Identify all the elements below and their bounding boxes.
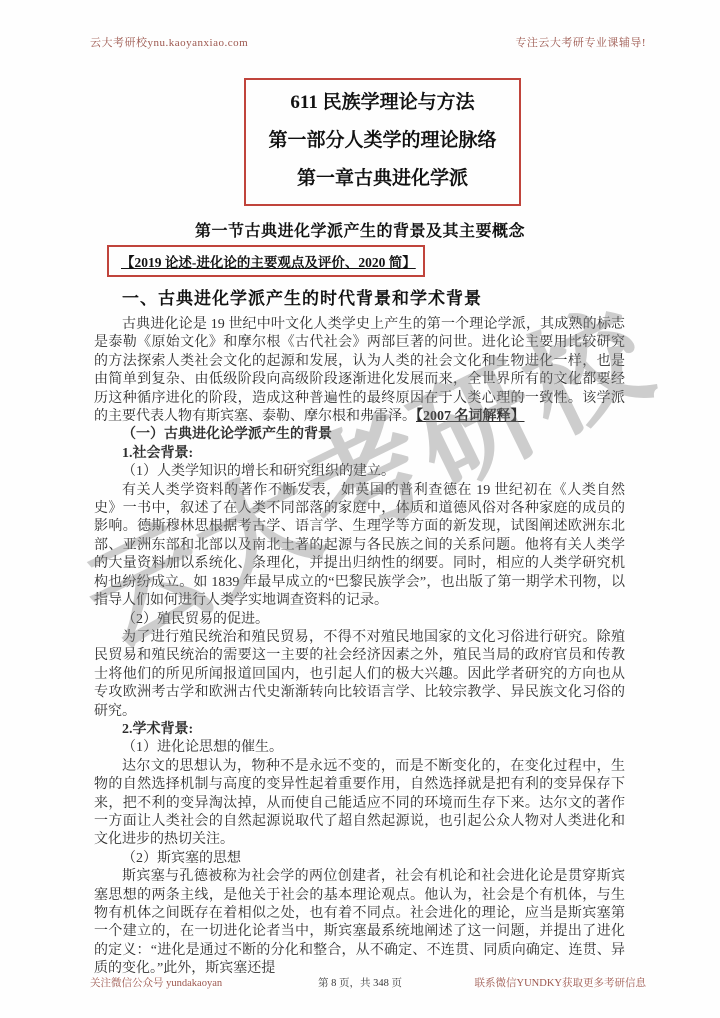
paragraph: （1）人类学知识的增长和研究组织的建立。 <box>94 463 625 481</box>
paragraph: 2.学术背景: <box>94 721 625 739</box>
exam-year-tag-text: 【2019 论述-进化论的主要观点及评价、2020 简】 <box>121 255 416 270</box>
document-page: 云大考研校ynu.kaoyanxiao.com 专注云大考研专业课辅导! 611… <box>0 0 720 1018</box>
paragraph: 斯宾塞与孔德被称为社会学的两位创建者，社会有机论和社会进化论是贯穿斯宾塞思想的两… <box>94 868 625 978</box>
paragraph: 有关人类学资料的著作不断发表，如英国的普利查德在 19 世纪初在《人类自然史》一… <box>94 482 625 611</box>
header-left-site: 云大考研校ynu.kaoyanxiao.com <box>90 34 248 50</box>
text-run: （2）殖民贸易的促进。 <box>122 612 269 627</box>
text-run: 2.学术背景: <box>122 722 193 737</box>
section-heading: 第一节古典进化学派产生的背景及其主要概念 <box>0 218 720 241</box>
title-line: 第一部分人类学的理论脉络 <box>246 122 519 160</box>
main-heading: 一、古典进化学派产生的时代背景和学术背景 <box>122 284 720 309</box>
paragraph: （一）古典进化论学派产生的背景 <box>94 426 625 444</box>
title-line: 第一章古典进化学派 <box>246 160 519 198</box>
paragraph: 为了进行殖民统治和殖民贸易，不得不对殖民地国家的文化习俗进行研究。除殖民贸易和殖… <box>94 629 625 721</box>
footer-contact-info: 联系微信YUNDKY获取更多考研信息 <box>475 975 647 990</box>
text-run: （1）人类学知识的增长和研究组织的建立。 <box>122 464 395 479</box>
text-run: 达尔文的思想认为，物种不是永远不变的，而是不断变化的，在变化过程中，生物的自然选… <box>94 759 625 848</box>
exam-year-tag-box: 【2019 论述-进化论的主要观点及评价、2020 简】 <box>107 245 425 277</box>
text-run: 古典进化论是 19 世纪中叶文化人类学史上产生的第一个理论学派，其成熟的标志是泰… <box>94 317 625 424</box>
body-text: 古典进化论是 19 世纪中叶文化人类学史上产生的第一个理论学派，其成熟的标志是泰… <box>94 316 625 979</box>
paragraph: （1）进化论思想的催生。 <box>94 739 625 757</box>
paragraph: 达尔文的思想认为，物种不是永远不变的，而是不断变化的，在变化过程中，生物的自然选… <box>94 758 625 850</box>
paragraph: （2）殖民贸易的促进。 <box>94 611 625 629</box>
text-run: 为了进行殖民统治和殖民贸易，不得不对殖民地国家的文化习俗进行研究。除殖民贸易和殖… <box>94 630 625 719</box>
paragraph: 1.社会背景: <box>94 445 625 463</box>
text-run: （1）进化论思想的催生。 <box>122 740 283 755</box>
course-title-box: 611 民族学理论与方法第一部分人类学的理论脉络第一章古典进化学派 <box>244 78 521 206</box>
text-run: 有关人类学资料的著作不断发表，如英国的普利查德在 19 世纪初在《人类自然史》一… <box>94 483 625 608</box>
text-run: （一）古典进化论学派产生的背景 <box>122 427 332 442</box>
text-run: （2）斯宾塞的思想 <box>122 851 241 866</box>
text-run: 【2007 名词解释】 <box>416 409 525 424</box>
title-line: 611 民族学理论与方法 <box>246 84 519 122</box>
paragraph: （2）斯宾塞的思想 <box>94 850 625 868</box>
header-right-slogan: 专注云大考研专业课辅导! <box>515 34 646 50</box>
text-run: 1.社会背景: <box>122 446 193 461</box>
paragraph: 古典进化论是 19 世纪中叶文化人类学史上产生的第一个理论学派，其成熟的标志是泰… <box>94 316 625 426</box>
text-run: 斯宾塞与孔德被称为社会学的两位创建者，社会有机论和社会进化论是贯穿斯宾塞思想的两… <box>94 869 625 976</box>
